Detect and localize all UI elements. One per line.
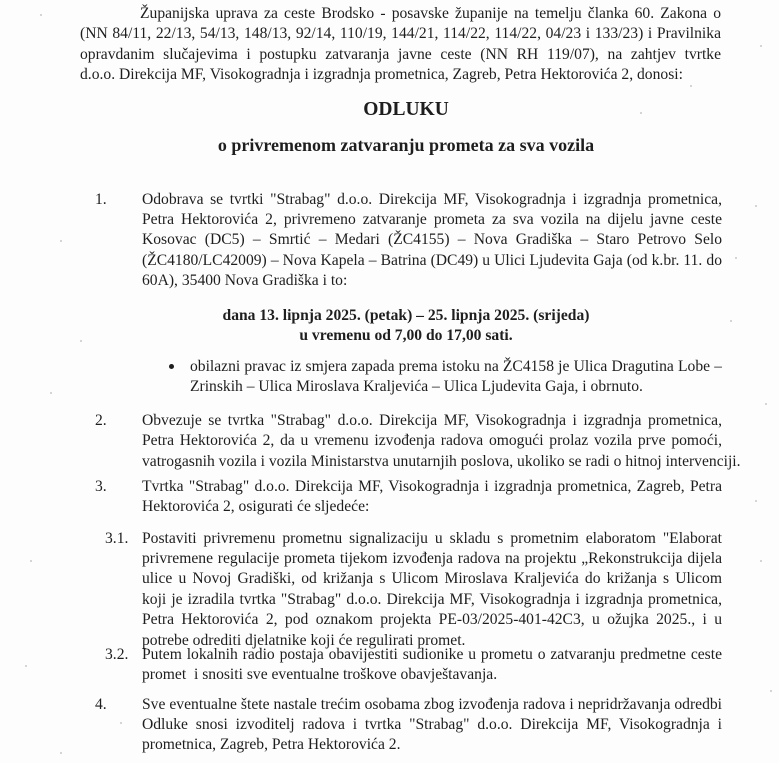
subitem-number: 3.1. [105, 529, 128, 549]
scan-speck [80, 340, 82, 342]
item-number: 3. [95, 477, 107, 497]
scan-speck [770, 690, 772, 692]
subitem-line: Putem lokalnih radio postaja obavijestit… [142, 645, 722, 665]
scan-speck [735, 257, 737, 259]
scan-speck [25, 665, 27, 667]
scan-speck [640, 112, 642, 114]
subitem-line: ulice u Novoj Gradiški, od križanja s Ul… [142, 569, 722, 589]
intro-line: opravdanim slučajevima i postupku zatvar… [80, 45, 721, 65]
subitem-line: Petra Hektorovića 2, pod oznakom projekt… [142, 610, 722, 630]
item-number: 2. [95, 411, 107, 431]
item-line: Hektorovića 2, osigurati će sljedeće: [142, 497, 369, 517]
scan-speck [60, 240, 62, 242]
item-number: 1. [95, 190, 107, 210]
item-line: Sve eventualne štete nastale trećim osob… [142, 695, 722, 715]
scan-speck [760, 560, 762, 562]
scan-speck [40, 14, 42, 16]
scan-speck [765, 403, 767, 405]
scan-speck [760, 45, 762, 47]
subitem-line: promet i snositi sve eventualne troškove… [142, 665, 497, 685]
subitem-line: privremene regulacije prometa tijekom iz… [142, 549, 722, 569]
scan-speck [50, 392, 52, 394]
scan-speck [120, 722, 122, 724]
intro-line: Županijska uprava za ceste Brodsko - pos… [140, 4, 721, 24]
scan-speck [30, 560, 32, 562]
bullet-line: Zrinskih – Ulica Miroslava Kraljevića – … [190, 377, 643, 397]
item-line: Odluke snosi izvoditelj radova i tvrtka … [142, 715, 722, 735]
bullet-line: obilazni pravac iz smjera zapada prema i… [190, 357, 722, 377]
document-title: ODLUKU [0, 98, 779, 122]
scan-speck [730, 320, 732, 322]
intro-line: (NN 84/11, 22/13, 54/13, 148/13, 92/14, … [80, 24, 721, 44]
document-subtitle: o privremenom zatvaranju prometa za sva … [0, 133, 779, 157]
scan-speck [755, 205, 757, 207]
item-line: prometnica, Zagreb, Petra Hektorovića 2. [142, 735, 401, 755]
item-line: Obvezuje se tvrtka "Strabag" d.o.o. Dire… [142, 411, 722, 431]
item-line: Tvrtka "Strabag" d.o.o. Direkcija MF, Vi… [142, 477, 722, 497]
document-page: Županijska uprava za ceste Brodsko - pos… [0, 0, 779, 763]
subitem-line: Postaviti privremenu prometnu signalizac… [142, 529, 722, 549]
item-line: 60A), 35400 Nova Gradiška i to: [142, 271, 347, 291]
subitem-number: 3.2. [105, 645, 128, 665]
item-number: 4. [95, 695, 107, 715]
intro-line: d.o.o. Direkcija MF, Visokogradnja i izg… [80, 65, 683, 85]
scan-speck [60, 752, 62, 754]
item-line: Petra Hektorovića 2, privremeno zatvaran… [142, 210, 722, 230]
item-line: vatrogasnih vozila i vozila Ministarstva… [142, 452, 741, 472]
bullet-dot-icon [169, 364, 174, 369]
subitem-line: koji je izradila tvrtka "Strabag" d.o.o.… [142, 590, 722, 610]
scan-speck [690, 85, 692, 87]
closure-dates: dana 13. lipnja 2025. (petak) – 25. lipn… [0, 306, 779, 326]
closure-hours: u vremenu od 7,00 do 17,00 sati. [0, 326, 779, 346]
item-line: (ŽC4180/LC42009) – Nova Kapela – Batrina… [142, 251, 722, 271]
scan-speck [755, 500, 757, 502]
item-line: Kosovac (DC5) – Smrtić – Medari (ŽC4155)… [142, 230, 722, 250]
item-line: Odobrava se tvrtki "Strabag" d.o.o. Dire… [142, 190, 722, 210]
item-line: Petra Hektorovića 2, da u vremenu izvođe… [142, 431, 722, 451]
